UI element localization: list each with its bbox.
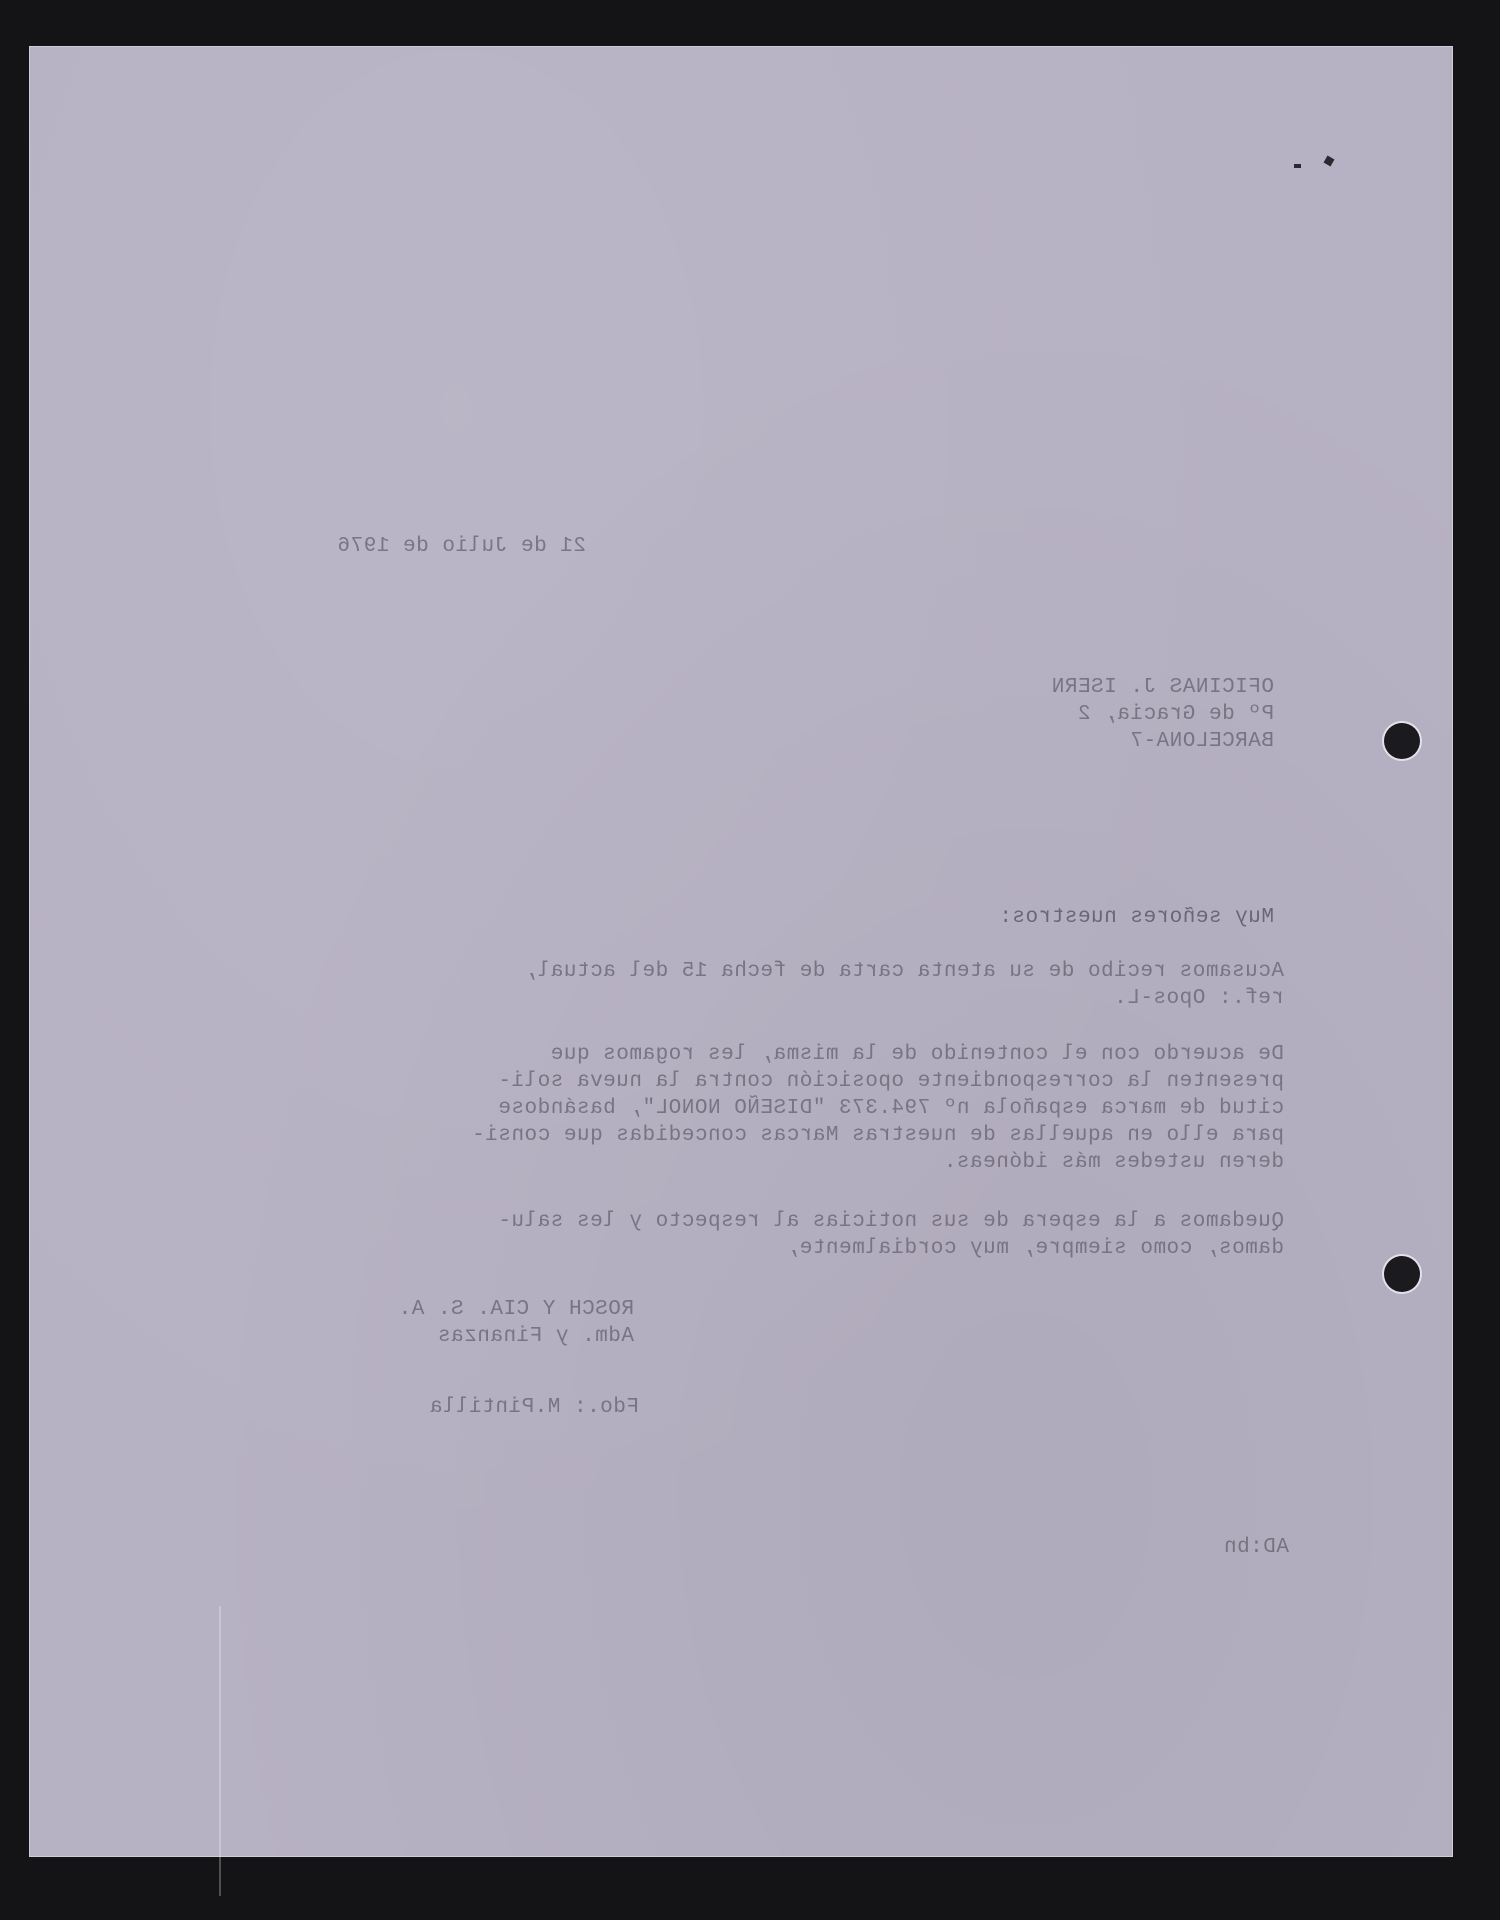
ink-speck-icon bbox=[1324, 156, 1335, 167]
punch-hole-icon bbox=[1384, 1256, 1420, 1292]
signature-block: ROSCH Y CIA. S. A. Adm. y Finanzas bbox=[314, 1296, 634, 1350]
signature-signed: Fdo.: M.Pintilla bbox=[359, 1394, 639, 1421]
reference-initials: AD:bn bbox=[1169, 1534, 1289, 1561]
paragraph-2: De acuerdo con el contenido de la misma,… bbox=[224, 1041, 1284, 1176]
recipient-line-1: OFICINAS J. ISERN bbox=[1051, 676, 1274, 699]
punch-hole-icon bbox=[1384, 723, 1420, 759]
recipient-address: OFICINAS J. ISERN Pº de Gracia, 2 BARCEL… bbox=[954, 674, 1274, 755]
signature-department: Adm. y Finanzas bbox=[437, 1325, 634, 1348]
recipient-line-2: Pº de Gracia, 2 bbox=[1077, 703, 1274, 726]
salutation: Muy señores nuestros: bbox=[954, 904, 1274, 931]
letter-page: 21 de Julio de 1976 OFICINAS J. ISERN Pº… bbox=[29, 46, 1453, 1857]
letter-date: 21 de Julio de 1976 bbox=[226, 533, 586, 560]
paper-crease bbox=[219, 1606, 221, 1896]
paragraph-3: Quedamos a la espera de sus noticias al … bbox=[224, 1208, 1284, 1262]
ink-speck-icon bbox=[1294, 164, 1301, 168]
paragraph-1: Acusamos recibo de su atenta carta de fe… bbox=[294, 958, 1284, 1012]
recipient-line-3: BARCELONA-7 bbox=[1130, 730, 1274, 753]
signature-company: ROSCH Y CIA. S. A. bbox=[398, 1298, 634, 1321]
